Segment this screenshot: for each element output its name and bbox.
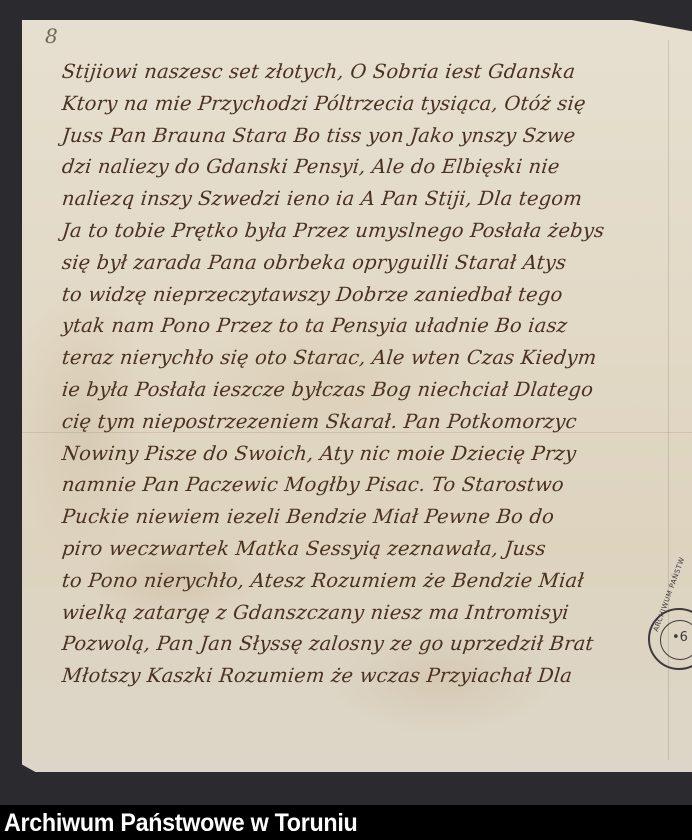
text-line: teraz nierychło się oto Starac, Ale wten… xyxy=(60,342,663,374)
text-line: się był zarada Pana obrbeka opryguilli S… xyxy=(60,247,663,279)
text-line: naliezq inszy Szwedzi ieno ia A Pan Stij… xyxy=(60,183,663,215)
folio-number: 8 xyxy=(45,24,58,48)
text-line: wielką zatargę z Gdanszczany niesz ma In… xyxy=(60,597,663,629)
text-line: dzi naliezy do Gdanski Pensyi, Ale do El… xyxy=(60,151,663,183)
text-line: Pozwolą, Pan Jan Słyssę zalosny ze go up… xyxy=(60,628,663,660)
handwritten-text: Stijiowi naszesc set złotych, O Sobria i… xyxy=(62,56,662,692)
scan-background: 8 Stijiowi naszesc set złotych, O Sobria… xyxy=(0,0,692,805)
text-line: ytak nam Pono Przez to ta Pensyia uładni… xyxy=(60,310,663,342)
text-line: to widzę nieprzeczytawszy Dobrze zaniedb… xyxy=(60,279,663,311)
text-line: cię tym niepostrzezeniem Skarał. Pan Pot… xyxy=(60,406,663,438)
text-line: Nowiny Pisze do Swoich, Aty nic moie Dzi… xyxy=(60,438,663,470)
text-line: namnie Pan Paczewic Mogłby Pisac. To Sta… xyxy=(60,469,663,501)
text-line: Stijiowi naszesc set złotych, O Sobria i… xyxy=(60,56,663,88)
text-line: Młotszy Kaszki Rozumiem że wczas Przyiac… xyxy=(60,660,663,692)
text-line: Juss Pan Brauna Stara Bo tiss yon Jako y… xyxy=(60,120,663,152)
archive-footer: Archiwum Państwowe w Toruniu xyxy=(0,805,692,840)
text-line: ie była Posłała ieszcze byłczas Bog niec… xyxy=(60,374,663,406)
text-line: Puckie niewiem iezeli Bendzie Miał Pewne… xyxy=(60,501,663,533)
text-line: Ktory na mie Przychodzi Póltrzecia tysią… xyxy=(60,88,663,120)
text-line: piro weczwartek Matka Sessyią zeznawała,… xyxy=(60,533,663,565)
stamp-number: •6 xyxy=(672,630,688,645)
text-line: to Pono nierychło, Atesz Rozumiem że Ben… xyxy=(60,565,663,597)
text-line: Ja to tobie Prętko była Przez umyslnego … xyxy=(60,215,663,247)
archive-name: Archiwum Państwowe w Toruniu xyxy=(4,809,357,838)
